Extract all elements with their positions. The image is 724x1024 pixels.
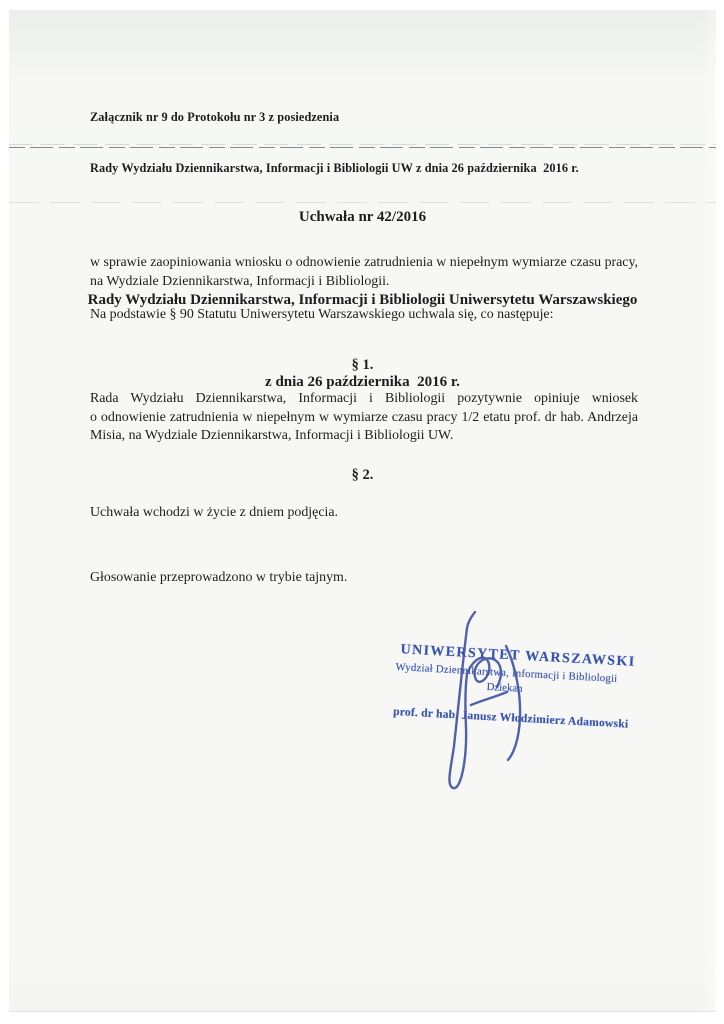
section2-heading: § 2. (9, 467, 716, 484)
intro-line: w sprawie zaopiniowania wniosku o odnowi… (90, 254, 638, 273)
scanned-document: { "attachment": { "line1": "Załącznik nr… (0, 0, 724, 1024)
handwritten-signature (423, 608, 568, 813)
section1-line: o odnowienie zatrudnienia w niepełnym w … (90, 409, 638, 428)
separator-dashed-line (9, 147, 716, 148)
document-title-number: Uchwała nr 42/2016 (9, 204, 716, 232)
section1-paragraph: Rada Wydziału Dziennikarstwa, Informacji… (90, 390, 638, 446)
separator-echo-line (9, 144, 716, 145)
basis-text: Na podstawie § 90 Statutu Uniwersytetu W… (90, 306, 638, 325)
voting-text: Głosowanie przeprowadzono w trybie tajny… (90, 569, 638, 588)
intro-line: na Wydziale Dziennikarstwa, Informacji i… (90, 273, 638, 292)
basis-paragraph: Na podstawie § 90 Statutu Uniwersytetu W… (90, 306, 638, 325)
section2-paragraph: Uchwała wchodzi w życie z dniem podjęcia… (90, 504, 638, 523)
section1-heading: § 1. (9, 357, 716, 374)
scan-streak-line (9, 202, 716, 203)
voting-paragraph: Głosowanie przeprowadzono w trybie tajny… (90, 569, 638, 588)
section1-line: Misia, na Wydziale Dziennikarstwa, Infor… (90, 427, 638, 446)
intro-paragraph: w sprawie zaopiniowania wniosku o odnowi… (90, 254, 638, 291)
section1-line: Rada Wydziału Dziennikarstwa, Informacji… (90, 390, 638, 409)
section2-text: Uchwała wchodzi w życie z dniem podjęcia… (90, 504, 638, 523)
signature-ink-icon (423, 608, 568, 813)
scanned-page: Załącznik nr 9 do Protokołu nr 3 z posie… (9, 10, 716, 1012)
attachment-note-line1: Załącznik nr 9 do Protokołu nr 3 z posie… (90, 109, 675, 126)
